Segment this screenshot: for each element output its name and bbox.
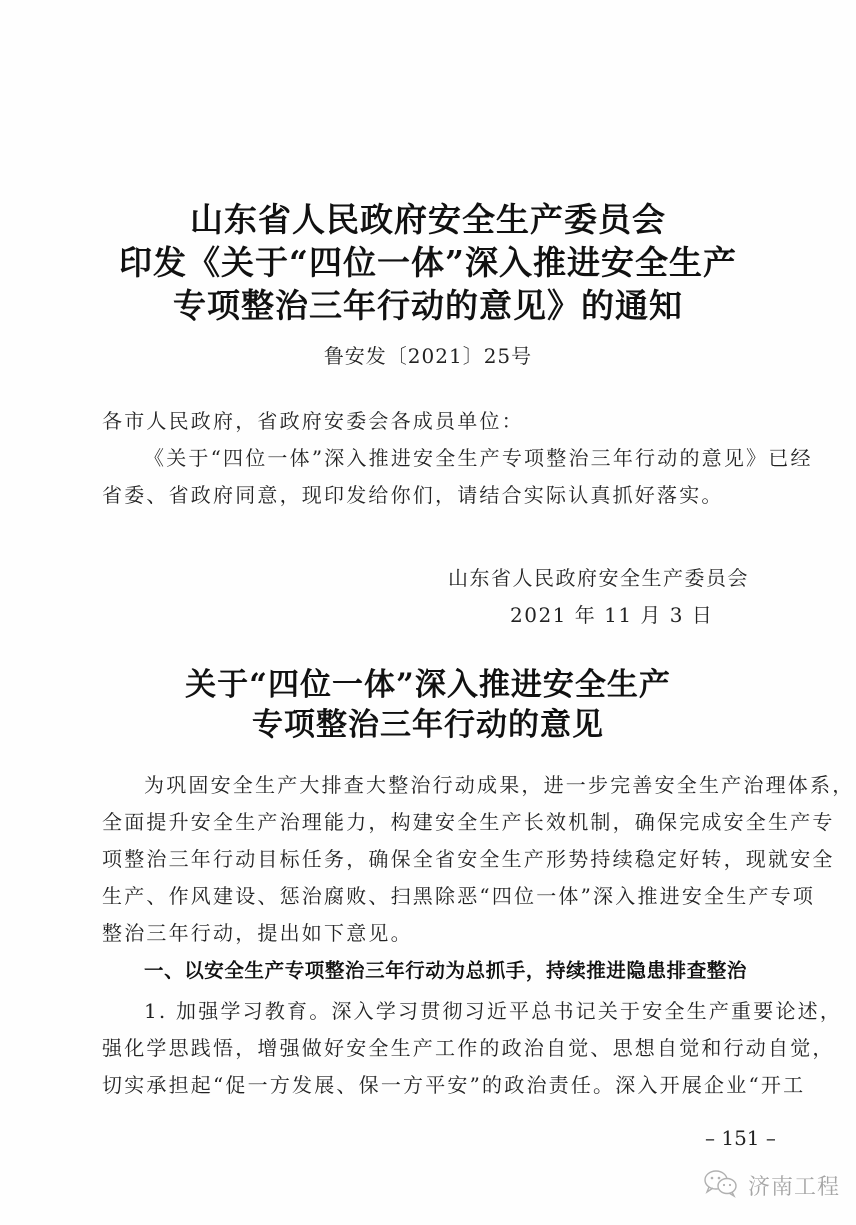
notice-body-line: 《关于“四位一体”深入推进安全生产专项整治三年行动的意见》已经 — [102, 440, 770, 477]
notice-title-line: 山东省人民政府安全生产委员会 — [0, 198, 856, 241]
addressee: 各市人民政府，省政府安委会各成员单位： — [102, 403, 770, 440]
item-paragraph: 1. 加强学习教育。深入学习贯彻习近平总书记关于安全生产重要论述， 强化学思践悟… — [102, 993, 770, 1104]
paragraph-line: 切实承担起“促一方发展、保一方平安”的政治责任。深入开展企业“开工 — [102, 1067, 770, 1104]
page-number: – 151 – — [705, 1124, 776, 1152]
paragraph-line: 为巩固安全生产大排查大整治行动成果，进一步完善安全生产治理体系， — [102, 767, 770, 804]
intro-paragraph: 为巩固安全生产大排查大整治行动成果，进一步完善安全生产治理体系， 全面提升安全生… — [102, 767, 770, 952]
paragraph-line: 1. 加强学习教育。深入学习贯彻习近平总书记关于安全生产重要论述， — [102, 993, 770, 1030]
notice-title-line: 印发《关于“四位一体”深入推进安全生产 — [0, 241, 856, 284]
signing-date: 2021 年 11 月 3 日 — [448, 597, 749, 634]
opinion-title: 关于“四位一体”深入推进安全生产 专项整治三年行动的意见 — [0, 665, 856, 745]
wechat-icon — [702, 1168, 740, 1202]
notice-body: 各市人民政府，省政府安委会各成员单位： 《关于“四位一体”深入推进安全生产专项整… — [102, 403, 770, 514]
opinion-title-line: 关于“四位一体”深入推进安全生产 — [0, 665, 856, 705]
document-number: 鲁安发〔2021〕25号 — [0, 342, 856, 370]
paragraph-line: 项整治三年行动目标任务，确保全省安全生产形势持续稳定好转，现就安全 — [102, 841, 770, 878]
opinion-title-line: 专项整治三年行动的意见 — [0, 705, 856, 745]
notice-title: 山东省人民政府安全生产委员会 印发《关于“四位一体”深入推进安全生产 专项整治三… — [0, 198, 856, 327]
watermark: 济南工程 — [702, 1168, 840, 1202]
notice-title-line: 专项整治三年行动的意见》的通知 — [0, 284, 856, 327]
signature-block: 山东省人民政府安全生产委员会 2021 年 11 月 3 日 — [448, 560, 749, 634]
document-page: 山东省人民政府安全生产委员会 印发《关于“四位一体”深入推进安全生产 专项整治三… — [0, 0, 856, 1225]
paragraph-line: 生产、作风建设、惩治腐败、扫黑除恶“四位一体”深入推进安全生产专项 — [102, 878, 770, 915]
signing-organization: 山东省人民政府安全生产委员会 — [448, 560, 749, 597]
watermark-text: 济南工程 — [748, 1170, 840, 1201]
paragraph-line: 全面提升安全生产治理能力，构建安全生产长效机制，确保完成安全生产专 — [102, 804, 770, 841]
section-heading: 一、以安全生产专项整治三年行动为总抓手，持续推进隐患排查整治 — [144, 953, 747, 989]
notice-body-line: 省委、省政府同意，现印发给你们，请结合实际认真抓好落实。 — [102, 477, 770, 514]
paragraph-line: 整治三年行动，提出如下意见。 — [102, 915, 770, 952]
paragraph-line: 强化学思践悟，增强做好安全生产工作的政治自觉、思想自觉和行动自觉， — [102, 1030, 770, 1067]
